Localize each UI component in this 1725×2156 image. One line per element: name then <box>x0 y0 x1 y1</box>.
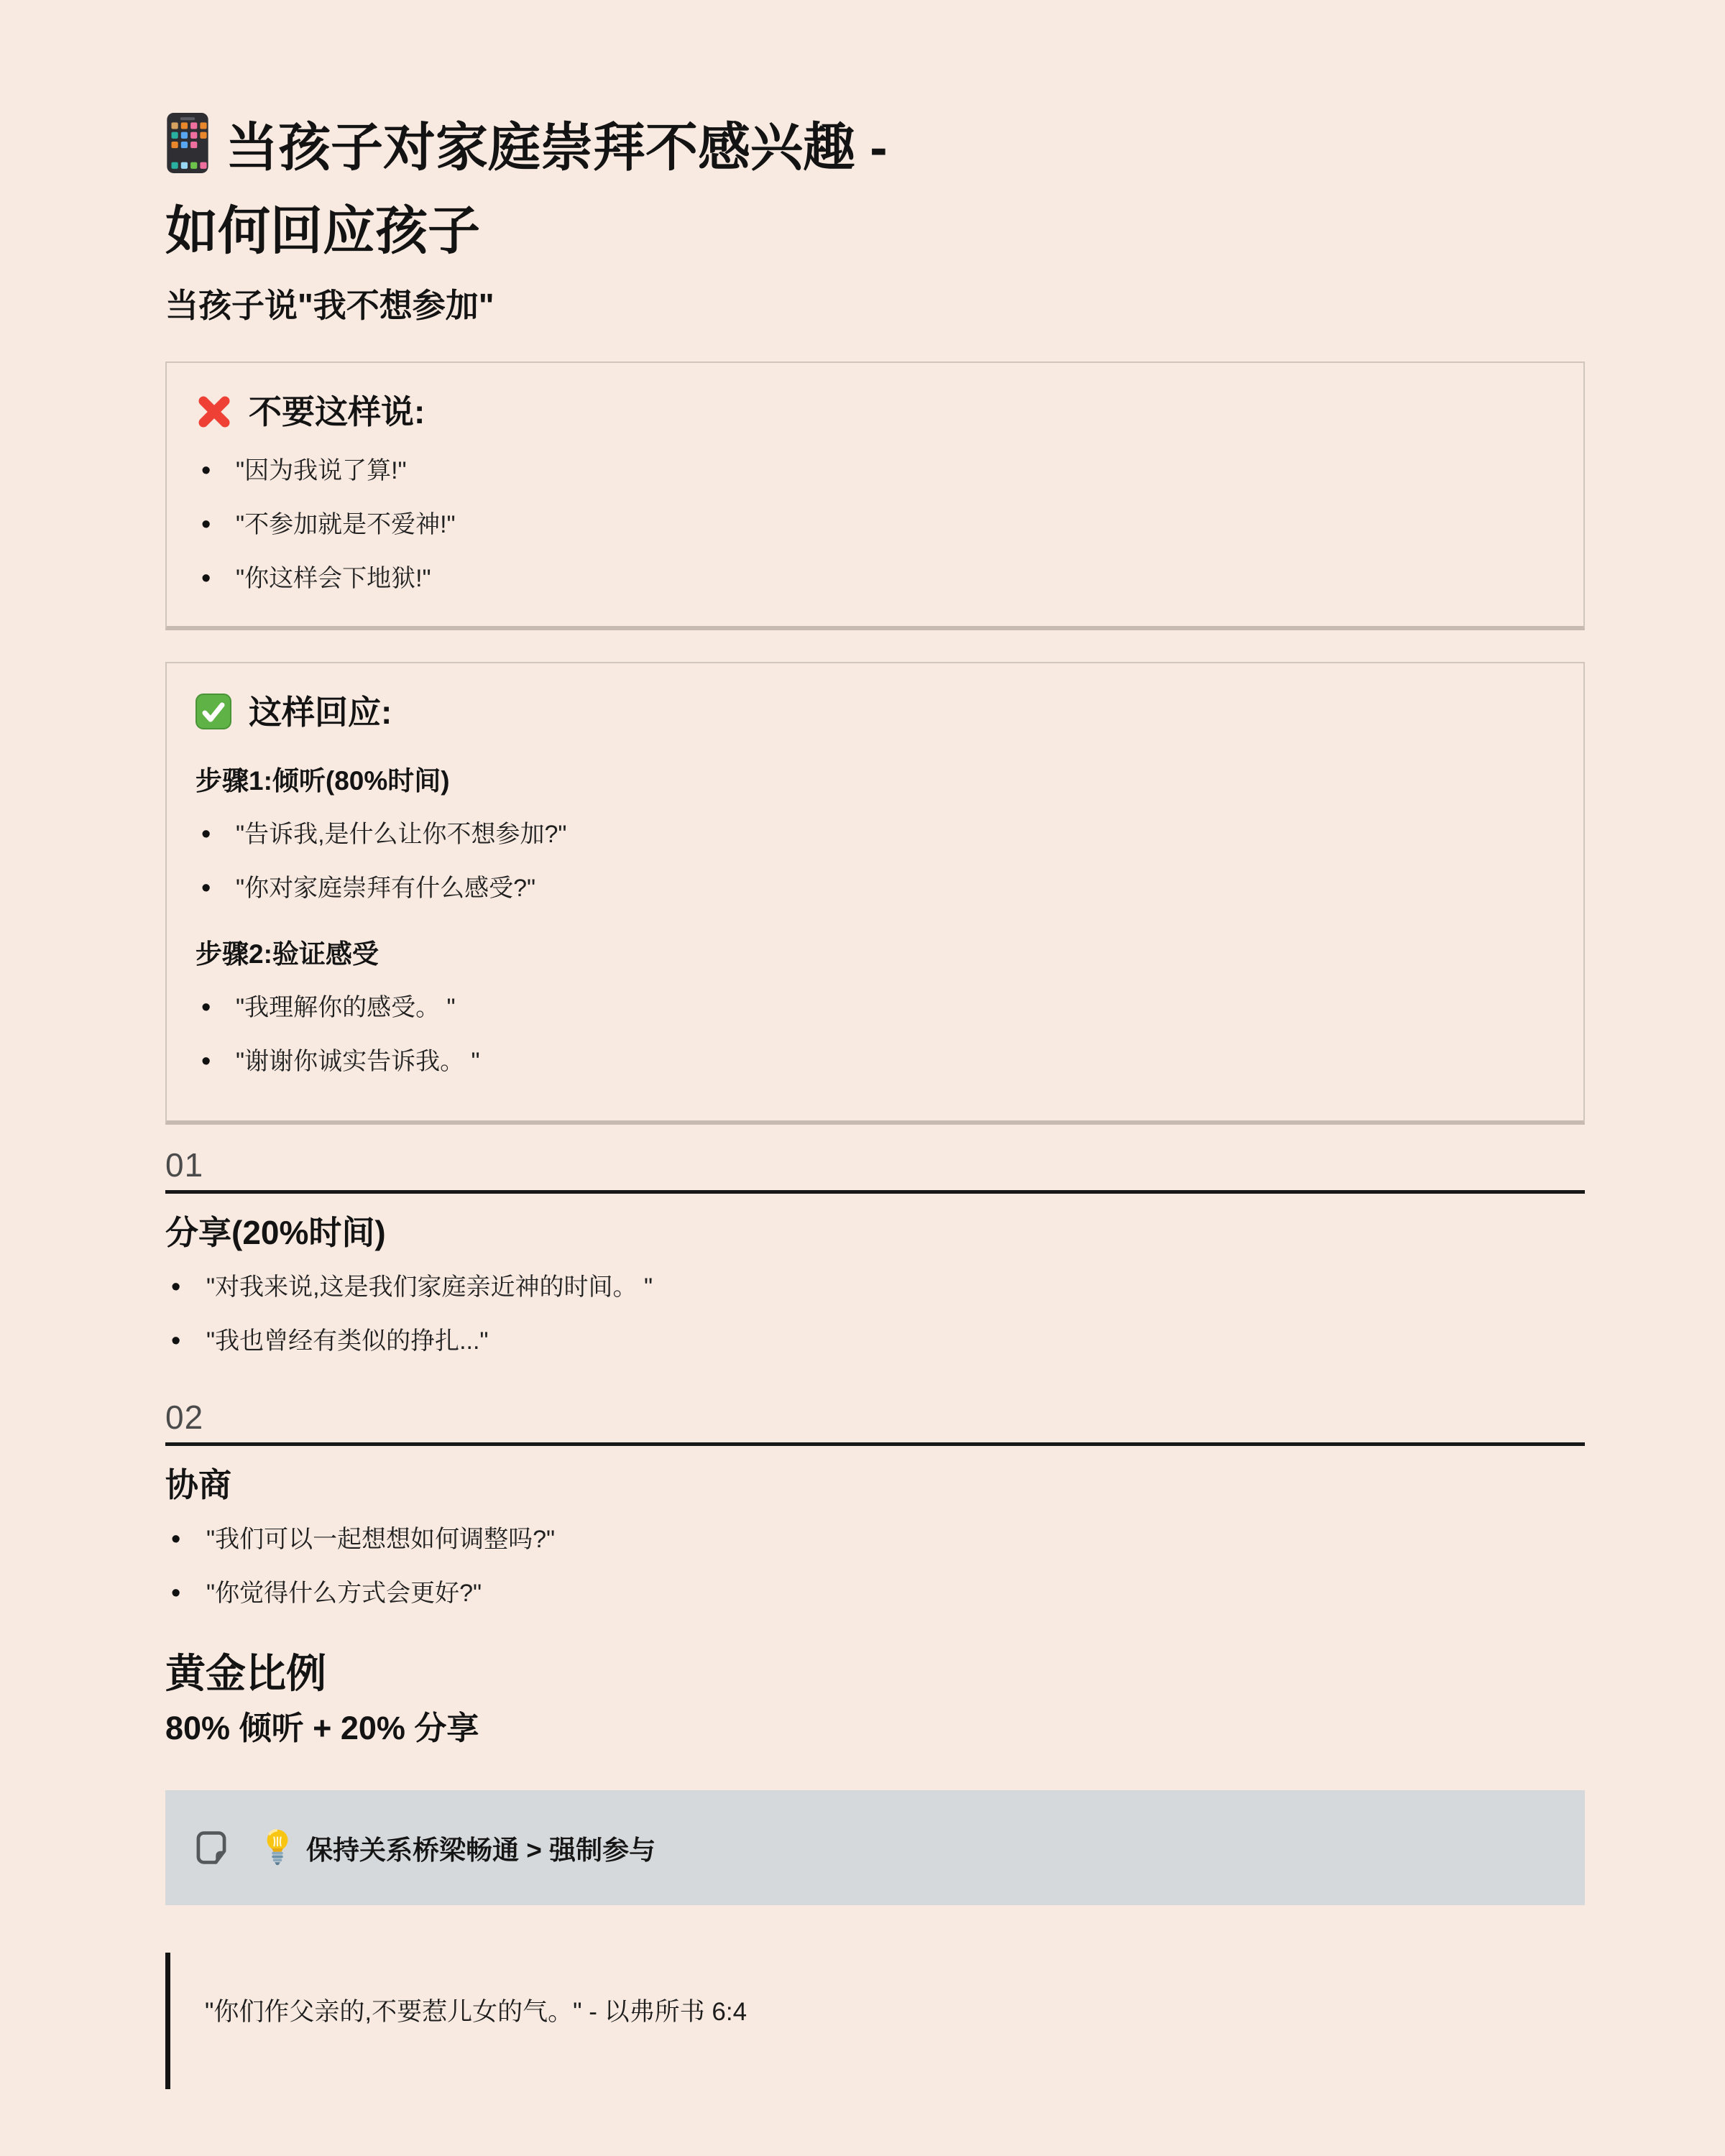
list-item: "你这样会下地狱!" <box>195 561 1547 596</box>
title-line-1: 当孩子对家庭崇拜不感兴趣 - <box>165 106 1585 190</box>
list-item: "不参加就是不爱神!" <box>195 507 1547 542</box>
list-item: "告诉我,是什么让你不想参加?" <box>195 817 1547 852</box>
golden-ratio-heading: 黄金比例 <box>165 1651 1585 1697</box>
list-item: "我也曾经有类似的挣扎..." <box>165 1324 1585 1358</box>
section-01: 01 分享(20%时间) "对我来说,这是我们家庭亲近神的时间。 " "我也曾经… <box>165 1146 1585 1358</box>
section-number: 01 <box>165 1146 1585 1184</box>
page-header: 当孩子对家庭崇拜不感兴趣 - 如何回应孩子 当孩子说"我不想参加" <box>165 106 1585 326</box>
step-1-list: "告诉我,是什么让你不想参加?" "你对家庭崇拜有什么感受?" <box>195 817 1547 906</box>
respond-box-heading-label: 这样回应: <box>249 692 392 732</box>
title-line-1-text: 当孩子对家庭崇拜不感兴趣 - <box>226 119 888 177</box>
check-mark-icon <box>195 694 233 731</box>
golden-ratio-formula: 80% 倾听 + 20% 分享 <box>165 1708 1585 1749</box>
list-item: "对我来说,这是我们家庭亲近神的时间。 " <box>165 1270 1585 1304</box>
respond-box: 这样回应: 步骤1:倾听(80%时间) "告诉我,是什么让你不想参加?" "你对… <box>165 662 1585 1125</box>
cross-mark-icon <box>195 393 233 430</box>
dont-say-box: 不要这样说: "因为我说了算!" "不参加就是不爱神!" "你这样会下地狱!" <box>165 361 1585 630</box>
section-heading: 分享(20%时间) <box>165 1212 1585 1253</box>
page-icon <box>195 1830 227 1865</box>
list-item: "谢谢你诚实告诉我。 " <box>195 1044 1547 1079</box>
title-line-2: 如何回应孩子 <box>165 190 1585 273</box>
section-list: "我们可以一起想想如何调整吗?" "你觉得什么方式会更好?" <box>165 1522 1585 1611</box>
section-list: "对我来说,这是我们家庭亲近神的时间。 " "我也曾经有类似的挣扎..." <box>165 1270 1585 1358</box>
section-02: 02 协商 "我们可以一起想想如何调整吗?" "你觉得什么方式会更好?" <box>165 1399 1585 1611</box>
section-number: 02 <box>165 1399 1585 1437</box>
dont-box-heading-label: 不要这样说: <box>249 392 425 432</box>
section-divider <box>165 1442 1585 1446</box>
step-2-list: "我理解你的感受。 " "谢谢你诚实告诉我。 " <box>195 990 1547 1079</box>
document-page: 当孩子对家庭崇拜不感兴趣 - 如何回应孩子 当孩子说"我不想参加" 不要这样说:… <box>165 0 1585 2089</box>
light-bulb-icon <box>263 1828 292 1867</box>
respond-box-heading: 这样回应: <box>195 692 1547 732</box>
list-item: "你对家庭崇拜有什么感受?" <box>195 871 1547 906</box>
section-divider <box>165 1190 1585 1194</box>
dont-box-list: "因为我说了算!" "不参加就是不爱神!" "你这样会下地狱!" <box>195 453 1547 596</box>
list-item: "我理解你的感受。 " <box>195 990 1547 1025</box>
quote-text: "你们作父亲的,不要惹儿女的气。" - 以弗所书 6:4 <box>205 1998 747 2026</box>
phone-icon <box>165 112 210 174</box>
section-heading: 协商 <box>165 1465 1585 1505</box>
dont-box-heading: 不要这样说: <box>195 392 1547 432</box>
callout: 保持关系桥梁畅通 > 强制参与 <box>165 1790 1585 1905</box>
list-item: "我们可以一起想想如何调整吗?" <box>165 1522 1585 1557</box>
list-item: "你觉得什么方式会更好?" <box>165 1576 1585 1611</box>
step-2-label: 步骤2:验证感受 <box>195 937 1547 972</box>
page-title: 当孩子对家庭崇拜不感兴趣 - 如何回应孩子 <box>165 106 1585 273</box>
scripture-quote: "你们作父亲的,不要惹儿女的气。" - 以弗所书 6:4 <box>165 1953 1585 2089</box>
callout-text: 保持关系桥梁畅通 > 强制参与 <box>306 1828 655 1867</box>
page-subtitle: 当孩子说"我不想参加" <box>165 286 1585 326</box>
step-1-label: 步骤1:倾听(80%时间) <box>195 764 1547 798</box>
list-item: "因为我说了算!" <box>195 453 1547 488</box>
